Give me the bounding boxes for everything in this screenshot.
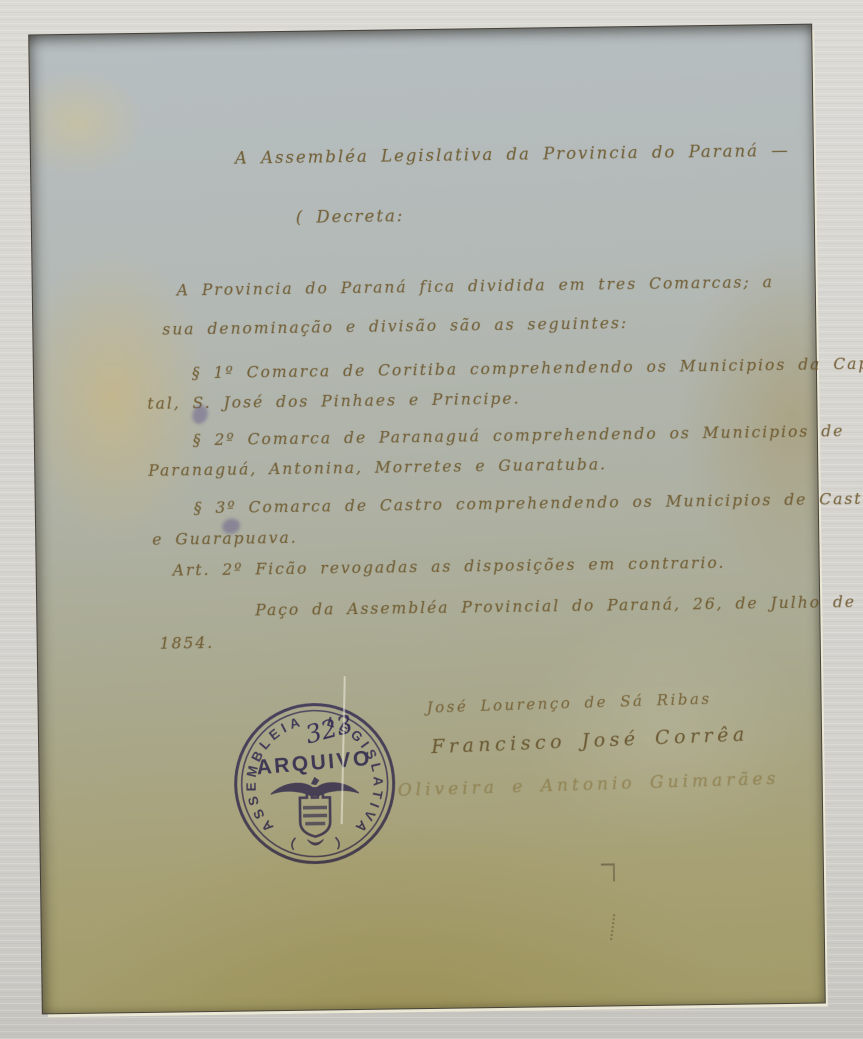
signature: José Lourenço de Sá Ribas <box>426 690 711 717</box>
body-line-paragraph-1: § 1º Comarca de Coritiba comprehendendo … <box>192 355 863 383</box>
body-line-paragraph-2: § 2º Comarca de Paranaguá comprehendendo… <box>193 422 845 449</box>
decree-line: ( Decreta: <box>296 206 405 227</box>
archive-stamp: ASSEMBLEIA LEGISLATIVA 323 ARQUIVO <box>223 692 405 874</box>
year-line: 1854. <box>160 634 215 653</box>
body-line-paragraph-2: Paranaguá, Antonina, Morretes e Guaratub… <box>148 455 607 479</box>
closing-line: Paço da Assembléa Provincial do Paraná, … <box>255 593 856 619</box>
stamp-label: ARQUIVO <box>256 747 373 780</box>
signature: Francisco José Corrêa <box>431 723 749 758</box>
article-line: Art. 2º Ficão revogadas as disposições e… <box>173 554 726 580</box>
faint-ink-mark <box>601 863 615 881</box>
body-line: sua denominação e divisão são as seguint… <box>162 314 628 339</box>
body-line: A Provincia do Paraná fica dividida em t… <box>177 273 774 299</box>
signature: Oliveira e Antonio Guimarães <box>398 769 780 801</box>
manuscript-page: A Assembléa Legislativa da Provincia do … <box>29 25 825 1014</box>
faint-ink-mark <box>600 913 615 940</box>
title-line: A Assembléa Legislativa da Provincia do … <box>235 141 790 168</box>
framed-document-photo: A Assembléa Legislativa da Provincia do … <box>0 0 863 1039</box>
coat-of-arms-icon <box>271 777 360 850</box>
body-line-paragraph-3: § 3º Comarca de Castro comprehendendo os… <box>194 490 863 518</box>
